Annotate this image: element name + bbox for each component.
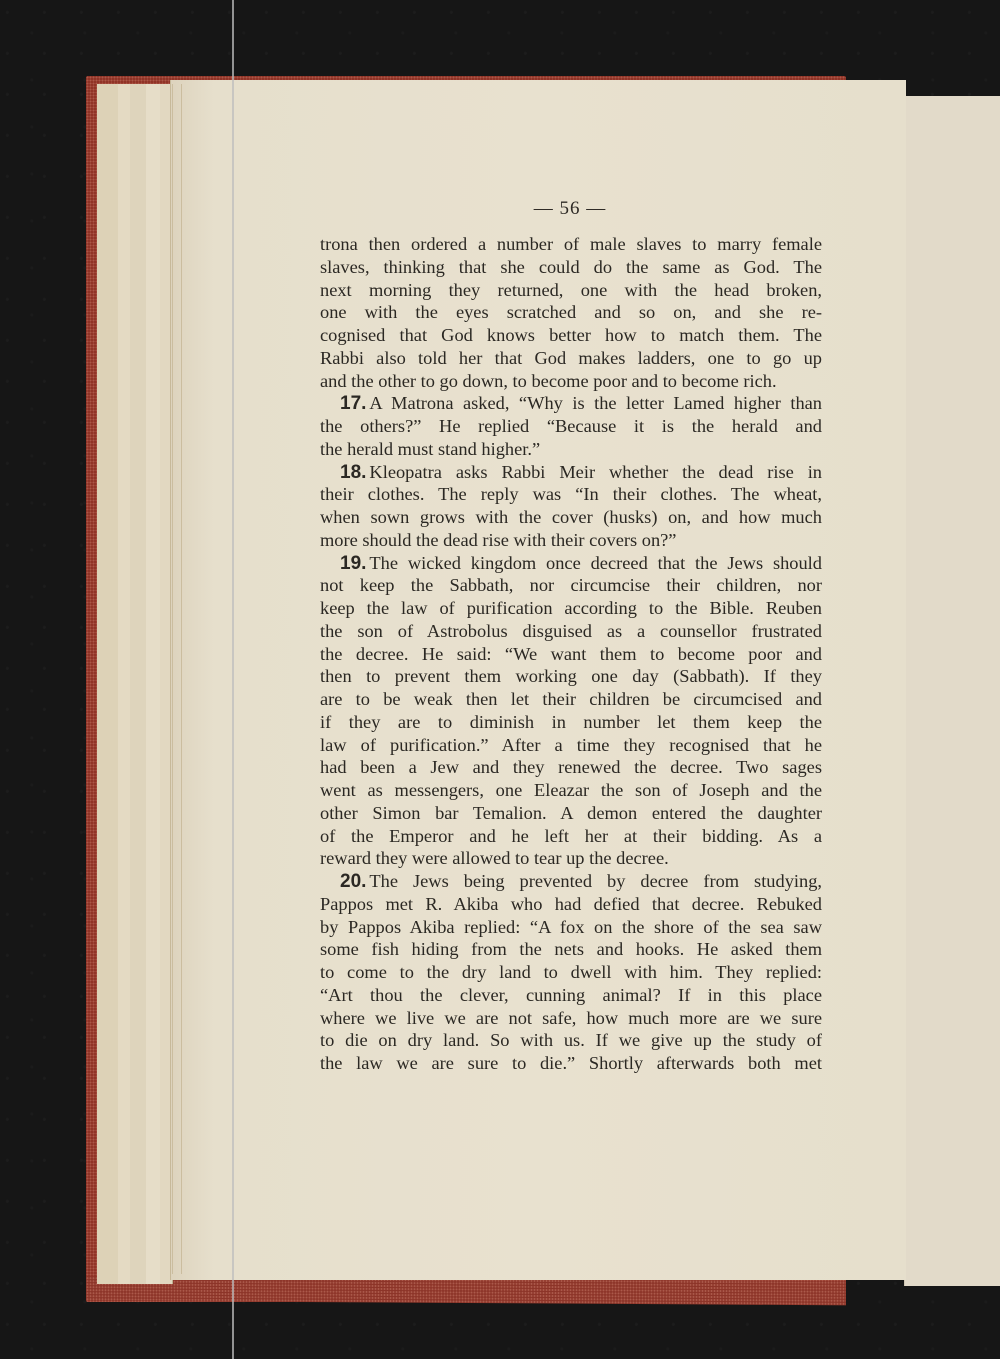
line-text: and the other to go down, to become poor… bbox=[320, 371, 777, 391]
line-text: where we live we are not safe, how much … bbox=[320, 1008, 822, 1028]
numbered-paragraph-start-line: 17.A Matrona asked, “Why is the letter L… bbox=[320, 392, 822, 415]
line-text: The Jews being prevented by decree from … bbox=[369, 871, 822, 891]
text-line: if they are to diminish in number let th… bbox=[320, 711, 822, 734]
text-line: keep the law of purification according t… bbox=[320, 597, 822, 620]
text-line: when sown grows with the cover (husks) o… bbox=[320, 506, 822, 529]
text-line: not keep the Sabbath, nor circumcise the… bbox=[320, 574, 822, 597]
line-text: keep the law of purification according t… bbox=[320, 598, 822, 618]
numbered-paragraph-start-line: 20.The Jews being prevented by decree fr… bbox=[320, 870, 822, 893]
line-text: the others?” He replied “Because it is t… bbox=[320, 416, 822, 436]
text-line: and the other to go down, to become poor… bbox=[320, 370, 822, 393]
paragraph-number: 19. bbox=[340, 553, 366, 574]
line-text: cognised that God knows better how to ma… bbox=[320, 325, 822, 345]
text-line: are to be weak then let their children b… bbox=[320, 688, 822, 711]
text-line: then to prevent them working one day (Sa… bbox=[320, 665, 822, 688]
text-line: to die on dry land. So with us. If we gi… bbox=[320, 1029, 822, 1052]
paragraph-number: 18. bbox=[340, 462, 366, 483]
facing-page bbox=[904, 96, 1000, 1286]
page-stack-edge bbox=[97, 84, 120, 1284]
line-text: slaves, thinking that she could do the s… bbox=[320, 257, 822, 277]
line-text: their clothes. The reply was “In their c… bbox=[320, 484, 822, 504]
text-line: trona then ordered a number of male slav… bbox=[320, 233, 822, 256]
paragraph-number: 20. bbox=[340, 871, 366, 892]
page-body-text: trona then ordered a number of male slav… bbox=[320, 233, 822, 1075]
text-line: the son of Astrobolus disguised as a cou… bbox=[320, 620, 822, 643]
line-text: of the Emperor and he left her at their … bbox=[320, 826, 822, 846]
scanner-guide-line bbox=[232, 0, 234, 1359]
line-text: more should the dead rise with their cov… bbox=[320, 530, 676, 550]
text-line: of the Emperor and he left her at their … bbox=[320, 825, 822, 848]
paragraph-number: 17. bbox=[340, 393, 366, 414]
line-text: went as messengers, one Eleazar the son … bbox=[320, 780, 822, 800]
text-line: more should the dead rise with their cov… bbox=[320, 529, 822, 552]
text-line: by Pappos Akiba replied: “A fox on the s… bbox=[320, 916, 822, 939]
text-line: “Art thou the clever, cunning animal? If… bbox=[320, 984, 822, 1007]
line-text: not keep the Sabbath, nor circumcise the… bbox=[320, 575, 822, 595]
line-text: “Art thou the clever, cunning animal? If… bbox=[320, 985, 822, 1005]
page-stack-edge bbox=[146, 84, 161, 1284]
text-line: to come to the dry land to dwell with hi… bbox=[320, 961, 822, 984]
line-text: The wicked kingdom once decreed that the… bbox=[369, 553, 822, 573]
text-line: cognised that God knows better how to ma… bbox=[320, 324, 822, 347]
line-text: the decree. He said: “We want them to be… bbox=[320, 644, 822, 664]
line-text: Kleopatra asks Rabbi Meir whether the de… bbox=[369, 462, 822, 482]
page-number: — 56 — bbox=[520, 198, 620, 220]
text-line: one with the eyes scratched and so on, a… bbox=[320, 301, 822, 324]
text-line: their clothes. The reply was “In their c… bbox=[320, 483, 822, 506]
page-stack-edge bbox=[130, 84, 147, 1284]
line-text: Rabbi also told her that God makes ladde… bbox=[320, 348, 822, 368]
line-text: one with the eyes scratched and so on, a… bbox=[320, 302, 822, 322]
line-text: to come to the dry land to dwell with hi… bbox=[320, 962, 822, 982]
line-text: reward they were allowed to tear up the … bbox=[320, 848, 669, 868]
line-text: next morning they returned, one with the… bbox=[320, 280, 822, 300]
text-line: the decree. He said: “We want them to be… bbox=[320, 643, 822, 666]
text-line: next morning they returned, one with the… bbox=[320, 279, 822, 302]
line-text: then to prevent them working one day (Sa… bbox=[320, 666, 822, 686]
text-line: some fish hiding from the nets and hooks… bbox=[320, 938, 822, 961]
text-line: reward they were allowed to tear up the … bbox=[320, 847, 822, 870]
line-text: trona then ordered a number of male slav… bbox=[320, 234, 822, 254]
line-text: some fish hiding from the nets and hooks… bbox=[320, 939, 822, 959]
line-text: if they are to diminish in number let th… bbox=[320, 712, 822, 732]
line-text: by Pappos Akiba replied: “A fox on the s… bbox=[320, 917, 822, 937]
line-text: Pappos met R. Akiba who had defied that … bbox=[320, 894, 822, 914]
line-text: had been a Jew and they renewed the decr… bbox=[320, 757, 822, 777]
line-text: the son of Astrobolus disguised as a cou… bbox=[320, 621, 822, 641]
text-line: slaves, thinking that she could do the s… bbox=[320, 256, 822, 279]
text-line: the herald must stand higher.” bbox=[320, 438, 822, 461]
text-line: went as messengers, one Eleazar the son … bbox=[320, 779, 822, 802]
text-line: had been a Jew and they renewed the decr… bbox=[320, 756, 822, 779]
text-line: the others?” He replied “Because it is t… bbox=[320, 415, 822, 438]
line-text: law of purification.” After a time they … bbox=[320, 735, 822, 755]
line-text: to die on dry land. So with us. If we gi… bbox=[320, 1030, 822, 1050]
numbered-paragraph-start-line: 18.Kleopatra asks Rabbi Meir whether the… bbox=[320, 461, 822, 484]
page-gutter-frame bbox=[172, 84, 182, 1274]
text-line: law of purification.” After a time they … bbox=[320, 734, 822, 757]
text-line: Pappos met R. Akiba who had defied that … bbox=[320, 893, 822, 916]
line-text: when sown grows with the cover (husks) o… bbox=[320, 507, 822, 527]
numbered-paragraph-start-line: 19.The wicked kingdom once decreed that … bbox=[320, 552, 822, 575]
line-text: the law we are sure to die.” Shortly aft… bbox=[320, 1053, 822, 1073]
text-line: where we live we are not safe, how much … bbox=[320, 1007, 822, 1030]
book-cover-bottom-edge bbox=[86, 1277, 846, 1306]
line-text: A Matrona asked, “Why is the letter Lame… bbox=[369, 393, 822, 413]
line-text: other Simon bar Temalion. A demon entere… bbox=[320, 803, 822, 823]
line-text: are to be weak then let their children b… bbox=[320, 689, 822, 709]
text-line: the law we are sure to die.” Shortly aft… bbox=[320, 1052, 822, 1075]
line-text: the herald must stand higher.” bbox=[320, 439, 540, 459]
text-line: other Simon bar Temalion. A demon entere… bbox=[320, 802, 822, 825]
text-line: Rabbi also told her that God makes ladde… bbox=[320, 347, 822, 370]
